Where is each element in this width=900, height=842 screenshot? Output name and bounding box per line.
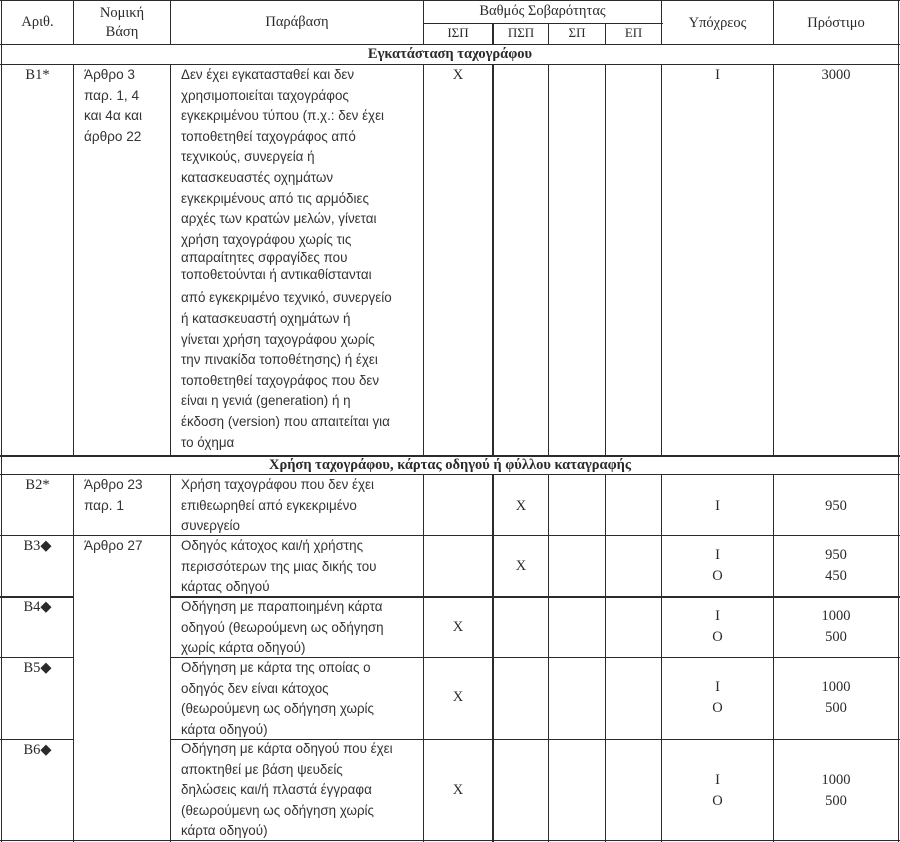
row-b2-severity-psp-mark: X [494, 496, 548, 517]
row-b3-fine-2: 450 [774, 566, 898, 587]
violation-line: ή κατασκευαστή οχημάτων ή [181, 309, 421, 330]
violation-line: Οδήγηση με παραποιημένη κάρτα [181, 597, 421, 618]
violation-line: χρήση ταχογράφου χωρίς τις [181, 230, 421, 251]
legal-line: άρθρο 22 [84, 127, 174, 148]
row-b3-liable-1: Ι [662, 545, 773, 566]
row-b2-liable: Ι [662, 496, 773, 517]
row-b1-liable: Ι [662, 65, 773, 86]
violation-line: τοποθετηθεί ταχογράφος που δεν [181, 371, 421, 392]
col-line-5-s1 [548, 64, 549, 456]
col-line-2-s2 [170, 474, 171, 842]
col-line-6-s2 [605, 474, 606, 842]
violation-line: επιθεωρηθεί από εγκεκριμένο [181, 496, 421, 517]
header-num: Αριθ. [2, 12, 73, 33]
row-b5-num: Β5◆ [2, 658, 73, 679]
violation-line: οδηγός δεν είναι κάτοχος [181, 679, 421, 700]
header-severity-isp: ΙΣΠ [424, 23, 492, 44]
col-line-9 [898, 0, 899, 842]
violation-line: τεχνικούς, συνεργεία ή [181, 147, 421, 168]
row-b5-liable-1: Ι [662, 677, 773, 698]
violation-line: τοποθετηθεί ταχογράφος από [181, 127, 421, 148]
violation-line: περισσότερων της μιας δικής του [181, 557, 421, 578]
row-b6-fine-1: 1000 [774, 770, 898, 791]
violation-line: είναι η γενιά (generation) ή η [181, 391, 421, 412]
row-b1-num: Β1* [2, 65, 73, 86]
violation-line: Οδηγός κάτοχος και/ή χρήστης [181, 536, 421, 557]
violation-line: Χρήση ταχογράφου που δεν έχει [181, 475, 421, 496]
header-liable: Υπόχρεος [662, 13, 773, 34]
row-b3-legal-basis: Άρθρο 27 [84, 536, 174, 557]
violation-line: Οδήγηση με κάρτα της οποίας ο [181, 658, 421, 679]
row-b1-fine: 3000 [774, 65, 898, 86]
violation-line: κάρτας οδηγού [181, 577, 421, 598]
violation-line: εγκεκριμένου τύπου (π.χ.: δεν έχει [181, 106, 421, 127]
row-b2-fine: 950 [774, 496, 898, 517]
table-border-bottom [0, 840, 900, 841]
header-severity-sp: ΣΠ [549, 23, 605, 44]
row-b4-violation: Οδήγηση με παραποιημένη κάρτα οδηγού (θε… [181, 597, 421, 659]
row-b2-violation: Χρήση ταχογράφου που δεν έχει επιθεωρηθε… [181, 475, 421, 537]
violation-line: γίνεται χρήση ταχογράφου χωρίς [181, 330, 421, 351]
col-line-5-s2 [548, 474, 549, 842]
row-b3-severity-psp-mark: X [494, 556, 548, 577]
row-b6-fine-2: 500 [774, 791, 898, 812]
row-b5-fine-2: 500 [774, 698, 898, 719]
violation-line: (θεωρούμενη ως οδήγηση χωρίς [181, 699, 421, 720]
header-severity-ep: ΕΠ [606, 23, 661, 44]
violation-line: κάρτα οδηγού) [181, 720, 421, 741]
violation-line: τοποθετούνται ή αντικαθίστανται [181, 265, 421, 284]
row-b5-severity-isp-mark: X [424, 687, 492, 708]
legal-line: Άρθρο 3 [84, 65, 174, 86]
row-b4-fine-2: 500 [774, 627, 898, 648]
col-line-6-s1 [605, 64, 606, 456]
row-b2-num: Β2* [2, 475, 73, 496]
violation-line: Δεν έχει εγκατασταθεί και δεν [181, 65, 421, 86]
violation-line: κατασκευαστές οχημάτων [181, 168, 421, 189]
row-b1-violation: Δεν έχει εγκατασταθεί και δεν χρησιμοποι… [181, 65, 421, 453]
row-b1-severity-isp-mark: X [424, 65, 492, 86]
legal-line: παρ. 1 [84, 496, 174, 517]
row-b4-liable-1: Ι [662, 606, 773, 627]
violation-line: την πινακίδα τοποθέτησης) ή έχει [181, 350, 421, 371]
violation-line: οδηγού (θεωρούμενη ως οδήγηση [181, 618, 421, 639]
row-b5-liable-2: Ο [662, 698, 773, 719]
row-b1-legal-basis: Άρθρο 3 παρ. 1, 4 και 4α και άρθρο 22 [84, 65, 174, 147]
violation-line: Οδήγηση με κάρτα οδηγού που έχει [181, 739, 421, 760]
col-line-4-s1 [492, 64, 494, 456]
header-fine: Πρόστιμο [774, 13, 898, 34]
col-line-1-s1 [73, 64, 74, 456]
section-title-installation: Εγκατάσταση ταχογράφου [2, 44, 898, 65]
row-b3-num: Β3◆ [2, 536, 73, 557]
violation-line: δηλώσεις και/ή πλαστά έγγραφα [181, 780, 421, 801]
violation-line: εγκεκριμένους από τις αρμόδιες [181, 189, 421, 210]
col-line-8-s1 [773, 64, 774, 456]
col-line-1-s2 [73, 474, 74, 842]
violation-line: χρησιμοποιείται ταχογράφος [181, 86, 421, 107]
section-title-usage: Χρήση ταχογράφου, κάρτας οδηγού ή φύλλου… [2, 455, 898, 476]
row-b4-liable-2: Ο [662, 627, 773, 648]
row-b4-fine-1: 1000 [774, 606, 898, 627]
violation-line: το όχημα [181, 433, 421, 454]
row-b3-liable-2: Ο [662, 566, 773, 587]
header-legal-basis-line2: Βάση [74, 22, 170, 43]
violation-line: αρχές των κρατών μελών, γίνεται [181, 209, 421, 230]
violation-line: συνεργείο [181, 516, 421, 537]
row-b6-num: Β6◆ [2, 740, 73, 761]
row-b6-liable-2: Ο [662, 791, 773, 812]
col-line-0 [1, 0, 2, 842]
row-b6-severity-isp-mark: X [424, 780, 492, 801]
header-severity-psp: ΠΣΠ [494, 23, 548, 44]
legal-line: παρ. 1, 4 [84, 86, 174, 107]
row-b4-num: Β4◆ [2, 597, 73, 618]
col-line-4-s2 [492, 474, 494, 842]
row-b6-liable-1: Ι [662, 770, 773, 791]
violation-line: κάρτα οδηγού) [181, 821, 421, 842]
header-severity: Βαθμός Σοβαρότητας [424, 1, 661, 22]
row-b3-violation: Οδηγός κάτοχος και/ή χρήστης περισσότερω… [181, 536, 421, 598]
row-b5-violation: Οδήγηση με κάρτα της οποίας ο οδηγός δεν… [181, 658, 421, 740]
row-b6-violation: Οδήγηση με κάρτα οδηγού που έχει αποκτηθ… [181, 739, 421, 842]
row-b5-fine-1: 1000 [774, 677, 898, 698]
col-line-3-s1 [423, 64, 424, 456]
row-b3-fine-1: 950 [774, 545, 898, 566]
violation-line: χωρίς κάρτα οδηγού) [181, 638, 421, 659]
header-violation: Παράβαση [171, 12, 423, 33]
violation-line: αποκτηθεί με βάση ψευδείς [181, 760, 421, 781]
legal-line: Άρθρο 23 [84, 475, 174, 496]
row-b2-legal-basis: Άρθρο 23 παρ. 1 [84, 475, 174, 516]
violation-line: από εγκεκριμένο τεχνικό, συνεργείο [181, 288, 421, 309]
violation-line: (θεωρούμενη ως οδήγηση χωρίς [181, 801, 421, 822]
legal-line: Άρθρο 27 [84, 536, 174, 557]
col-line-7-s1 [661, 64, 662, 456]
violation-line: έκδοση (version) που απαιτείται για [181, 412, 421, 433]
legal-line: και 4α και [84, 106, 174, 127]
row-b4-severity-isp-mark: X [424, 617, 492, 638]
violation-line: απαραίτητες σφραγίδες που [181, 250, 421, 265]
header-legal-basis-line1: Νομική [74, 3, 170, 24]
